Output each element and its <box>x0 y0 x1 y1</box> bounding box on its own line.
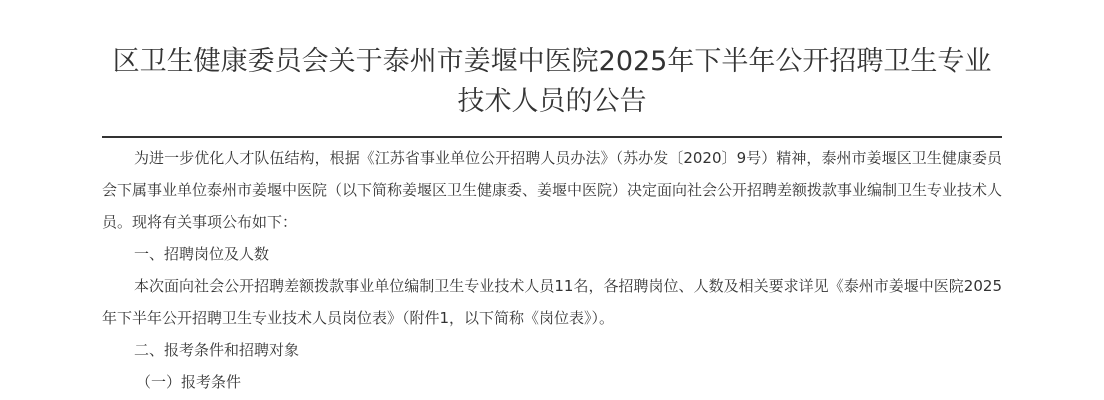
subsection-heading-conditions: （一）报考条件 <box>102 366 1002 398</box>
announcement-body: 为进一步优化人才队伍结构，根据《江苏省事业单位公开招聘人员办法》（苏办发〔202… <box>102 142 1002 398</box>
positions-paragraph: 本次面向社会公开招聘差额拨款事业单位编制卫生专业技术人员11名，各招聘岗位、人数… <box>102 270 1002 334</box>
announcement-article: 区卫生健康委员会关于泰州市姜堰中医院2025年下半年公开招聘卫生专业技术人员的公… <box>102 0 1002 398</box>
intro-paragraph: 为进一步优化人才队伍结构，根据《江苏省事业单位公开招聘人员办法》（苏办发〔202… <box>102 142 1002 238</box>
section-heading-positions: 一、招聘岗位及人数 <box>102 238 1002 270</box>
section-heading-requirements: 二、报考条件和招聘对象 <box>102 334 1002 366</box>
announcement-title: 区卫生健康委员会关于泰州市姜堰中医院2025年下半年公开招聘卫生专业技术人员的公… <box>102 0 1002 122</box>
title-divider <box>102 136 1002 138</box>
